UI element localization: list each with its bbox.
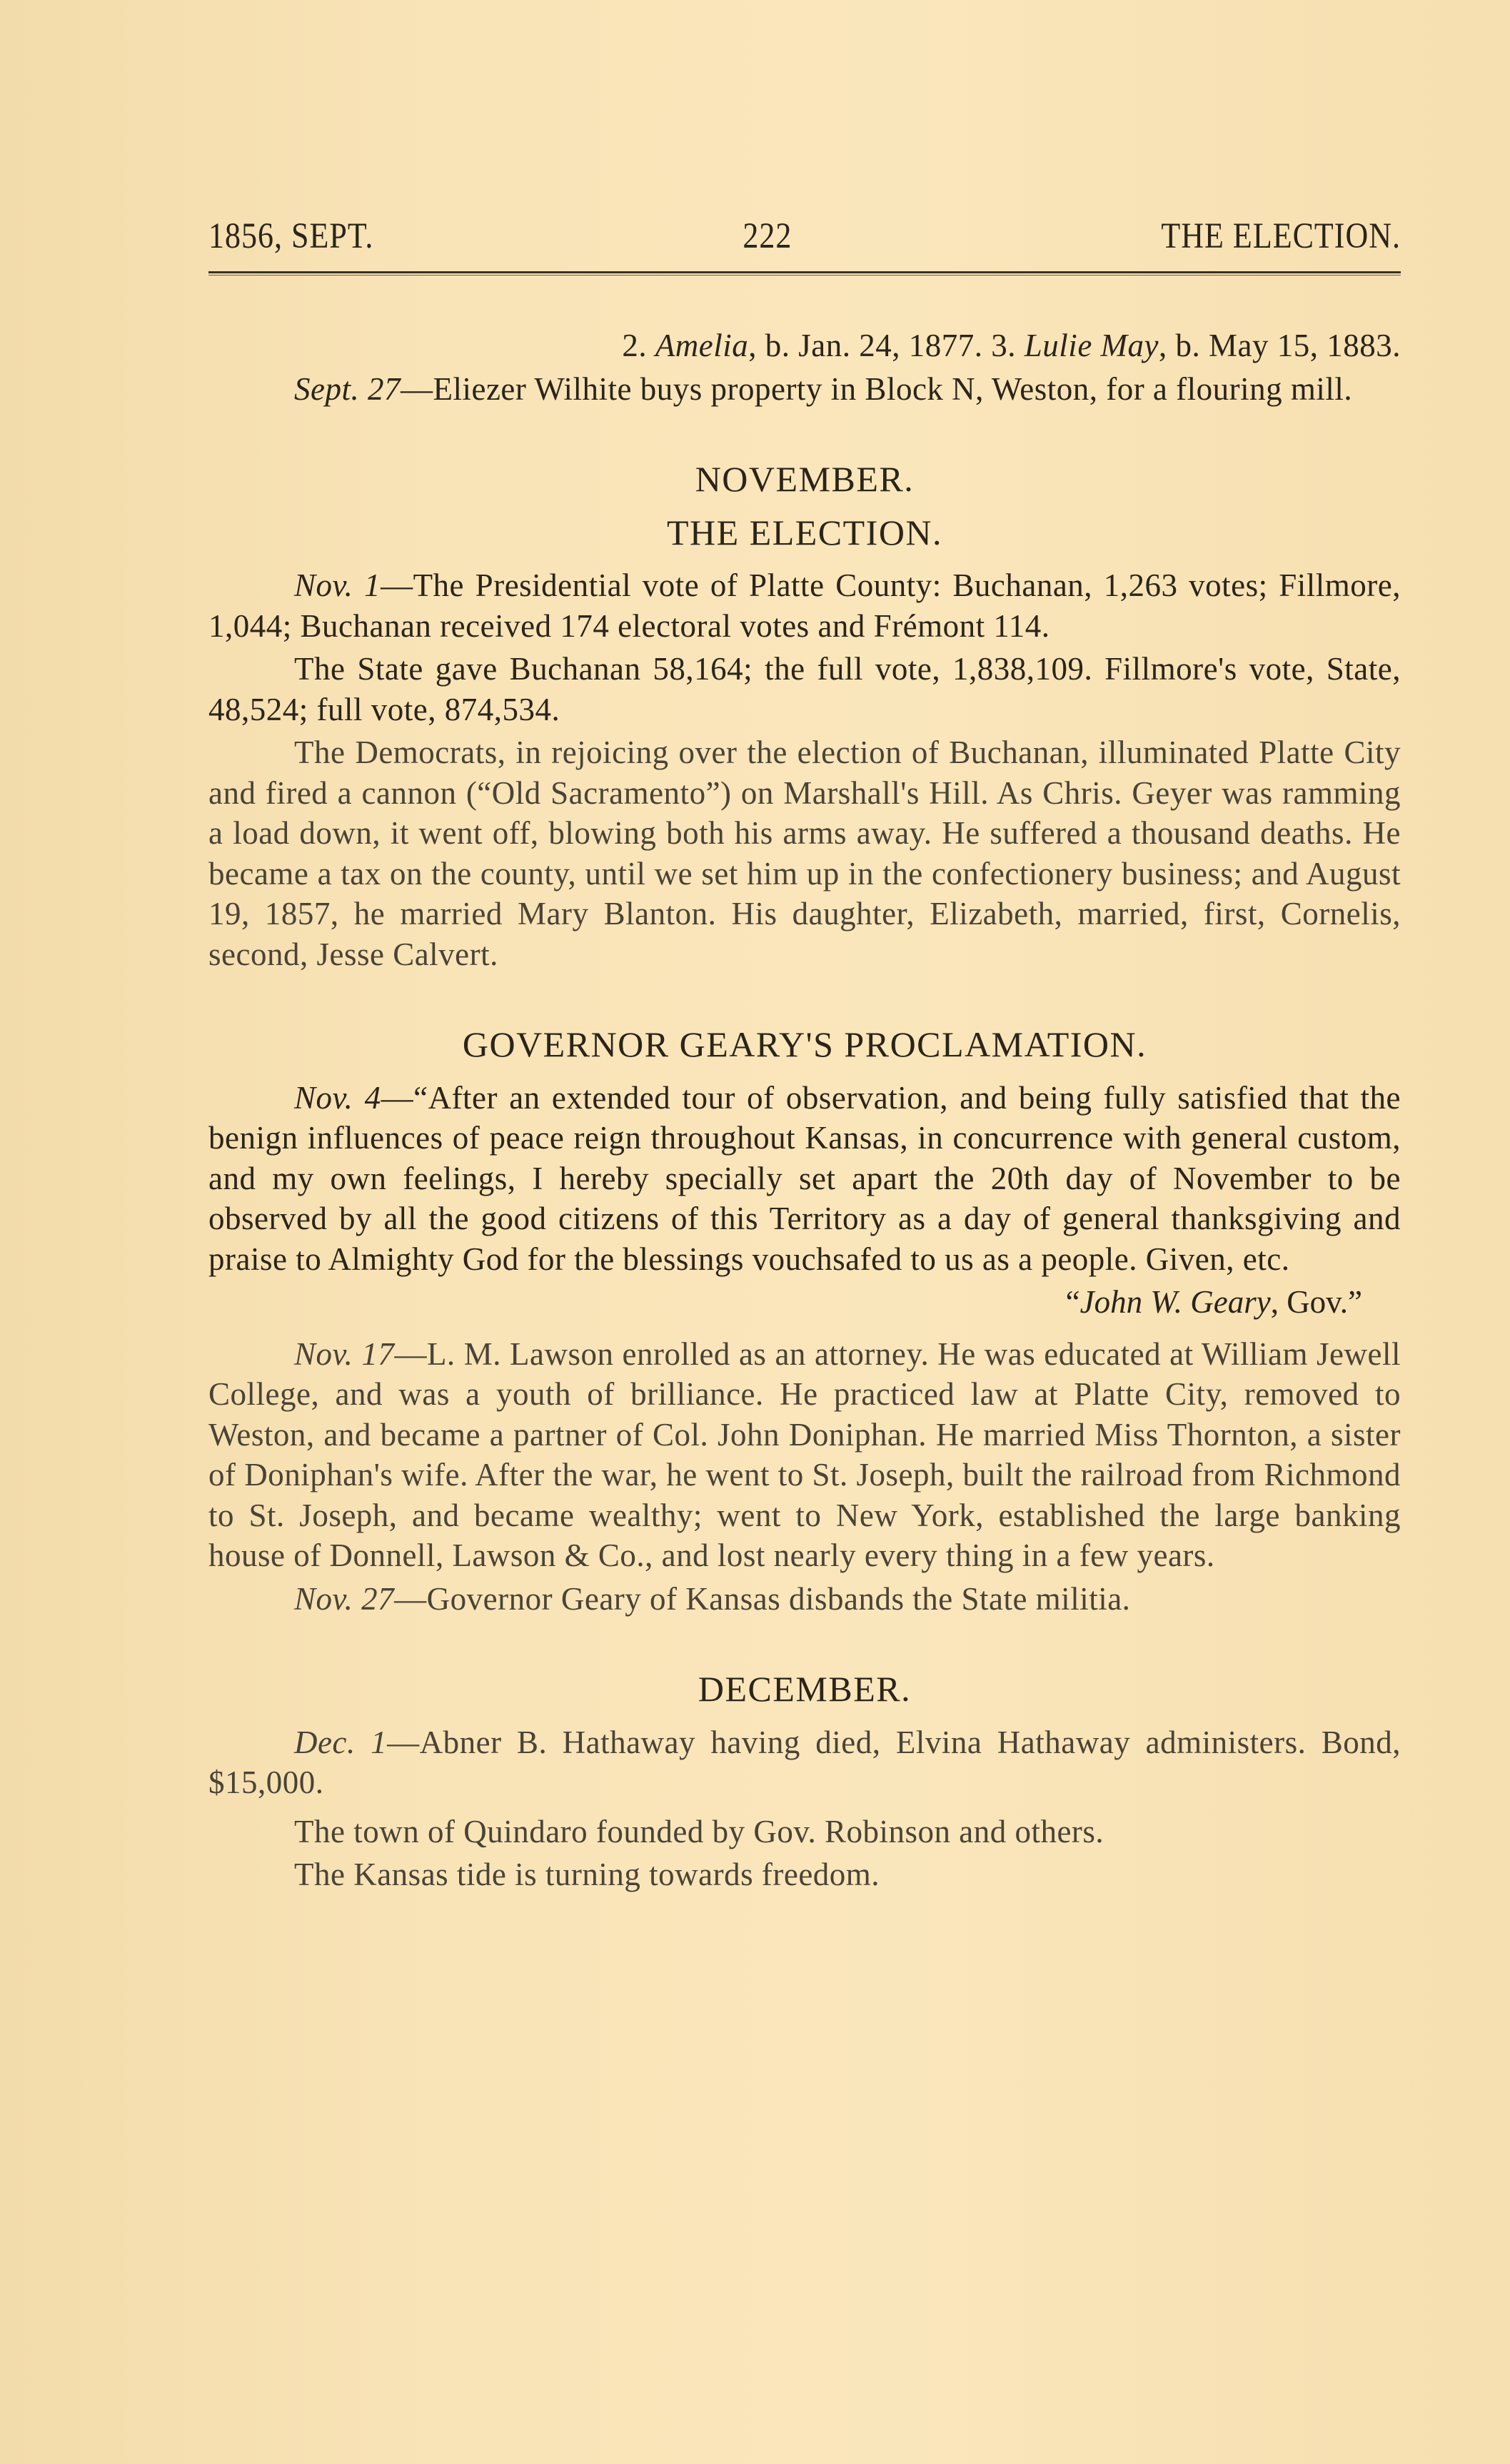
entry-text: —“After an extended tour of observation,…: [208, 1080, 1401, 1277]
entry-sept-27: Sept. 27—Eliezer Wilhite buys property i…: [208, 369, 1401, 410]
child-birth: , b. May 15, 1883.: [1159, 328, 1401, 363]
book-page: 1856, SEPT. 222 THE ELECTION. 2. Amelia,…: [208, 214, 1401, 1898]
entry-text: —Eliezer Wilhite buys property in Block …: [401, 371, 1352, 407]
section-heading-november: NOVEMBER.: [208, 459, 1401, 500]
page-number: 222: [743, 211, 792, 261]
child-name: Amelia: [655, 328, 748, 363]
page-body: 2. Amelia, b. Jan. 24, 1877. 3. Lulie Ma…: [208, 325, 1401, 1895]
section-heading-proclamation: GOVERNOR GEARY'S PROCLAMATION.: [208, 1024, 1401, 1065]
entry-date: Nov. 27: [294, 1581, 394, 1617]
children-line: 2. Amelia, b. Jan. 24, 1877. 3. Lulie Ma…: [208, 325, 1401, 366]
entry-date: Nov. 17: [294, 1336, 394, 1372]
entry-nov-27: Nov. 27—Governor Geary of Kansas disband…: [208, 1579, 1401, 1620]
child-birth: , b. Jan. 24, 1877. 3.: [748, 328, 1025, 363]
paragraph-quindaro: The town of Quindaro founded by Gov. Rob…: [208, 1812, 1401, 1852]
signatory-title: , Gov.”: [1271, 1284, 1362, 1320]
running-head-title: THE ELECTION.: [1161, 211, 1401, 261]
entry-nov-1: Nov. 1—The Presidential vote of Platte C…: [208, 565, 1401, 646]
entry-date: Dec. 1: [294, 1725, 387, 1760]
section-heading-december: DECEMBER.: [208, 1669, 1401, 1710]
open-quote: “: [1066, 1284, 1080, 1320]
child-number: 2.: [622, 328, 655, 363]
paragraph-kansas-tide: The Kansas tide is turning towards freed…: [208, 1854, 1401, 1895]
paragraph-democrats: The Democrats, in rejoicing over the ele…: [208, 732, 1401, 974]
entry-nov-17: Nov. 17—L. M. Lawson enrolled as an atto…: [208, 1334, 1401, 1576]
entry-dec-1: Dec. 1—Abner B. Hathaway having died, El…: [208, 1722, 1401, 1803]
signatory-name: John W. Geary: [1080, 1284, 1271, 1320]
entry-text: —The Presidential vote of Platte County:…: [208, 567, 1401, 644]
entry-text: —Governor Geary of Kansas disbands the S…: [394, 1581, 1130, 1617]
entry-nov-4: Nov. 4—“After an extended tour of observ…: [208, 1078, 1401, 1280]
running-head-date: 1856, SEPT.: [208, 211, 373, 261]
running-head: 1856, SEPT. 222 THE ELECTION.: [208, 211, 1401, 261]
child-name: Lulie May: [1025, 328, 1159, 363]
header-rule: [208, 271, 1401, 276]
entry-date: Nov. 4: [294, 1080, 381, 1116]
proclamation-signature: “John W. Geary, Gov.”: [208, 1282, 1401, 1323]
section-heading-election: THE ELECTION.: [208, 513, 1401, 553]
entry-date: Sept. 27: [294, 371, 401, 407]
paragraph-state-vote: The State gave Buchanan 58,164; the full…: [208, 649, 1401, 729]
entry-text: —Abner B. Hathaway having died, Elvina H…: [208, 1725, 1401, 1801]
entry-date: Nov. 1: [294, 567, 381, 603]
